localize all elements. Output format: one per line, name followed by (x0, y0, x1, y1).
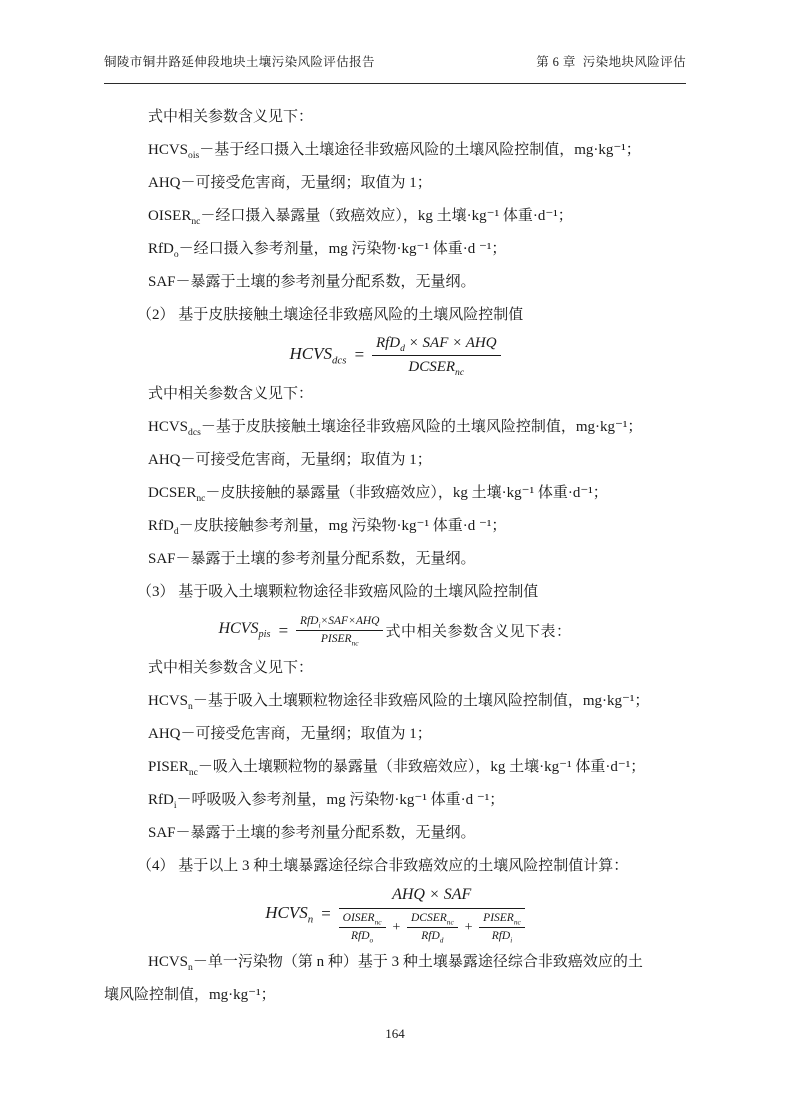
param-line-ahq-3: AHQ－可接受危害商，无量纲；取值为 1； (104, 718, 686, 751)
param-line-hcvs-dcs: HCVSdcs－基于皮肤接触土壤途径非致癌风险的土壤风险控制值，mg·kg⁻¹； (104, 411, 686, 444)
plus-sign: + (464, 920, 473, 936)
fraction-numerator: OISERnc (339, 911, 386, 928)
param-line-dcser-nc: DCSERnc－皮肤接触的暴露量（非致癌效应），kg 土壤·kg⁻¹ 体重·d⁻… (104, 477, 686, 510)
formula-hcvs-dcs: HCVSdcs = RfDd × SAF × AHQ DCSERnc (104, 333, 686, 377)
page-number: 164 (0, 1026, 790, 1042)
equals-sign: = (320, 904, 331, 924)
fraction-numerator: RfDi×SAF×AHQ (296, 614, 384, 631)
fraction-numerator: PISERnc (479, 911, 525, 928)
fraction-denominator: PISERnc (321, 631, 359, 647)
fraction-numerator: AHQ × SAF (339, 883, 525, 909)
plus-sign: + (392, 920, 401, 936)
param-intro-1: 式中相关参数含义见下： (104, 101, 686, 134)
section-heading-2: （2） 基于皮肤接触土壤途径非致癌风险的土壤风险控制值 (104, 299, 686, 332)
fraction-denominator: RfDd (421, 928, 443, 944)
formula-lhs: HCVSdcs (289, 344, 346, 366)
section-heading-4: （4） 基于以上 3 种土壤暴露途径综合非致癌效应的土壤风险控制值计算： (104, 850, 686, 883)
sub-fraction-oiser: OISERnc RfDo (339, 911, 386, 944)
formula-lhs: HCVSpis (219, 620, 271, 640)
param-line-saf-3: SAF－暴露于土壤的参考剂量分配系数，无量纲。 (104, 817, 686, 850)
fraction-denominator: DCSERnc (408, 356, 464, 378)
document-content: 式中相关参数含义见下： HCVSois－基于经口摄入土壤途径非致癌风险的土壤风险… (104, 101, 686, 1012)
formula-lhs: HCVSn (265, 903, 313, 925)
formula-suffix-text: 式中相关参数含义见下表： (385, 620, 571, 641)
param-line-rfd-d: RfDd－皮肤接触参考剂量，mg 污染物·kg⁻¹ 体重·d ⁻¹； (104, 510, 686, 543)
param-line-ahq-2: AHQ－可接受危害商，无量纲；取值为 1； (104, 444, 686, 477)
param-line-ahq-1: AHQ－可接受危害商，无量纲；取值为 1； (104, 167, 686, 200)
document-page: 铜陵市铜井路延伸段地块土壤污染风险评估报告 第 6 章 污染地块风险评估 式中相… (0, 0, 790, 1119)
fraction-numerator: RfDd × SAF × AHQ (372, 333, 501, 356)
param-line-rfd-o: RfDo－经口摄入参考剂量，mg 污染物·kg⁻¹ 体重·d ⁻¹； (104, 233, 686, 266)
equals-sign: = (277, 621, 288, 641)
sub-fraction-piser: PISERnc RfDi (479, 911, 525, 944)
param-line-hcvs-ois: HCVSois－基于经口摄入土壤途径非致癌风险的土壤风险控制值，mg·kg⁻¹； (104, 134, 686, 167)
formula-hcvs-n-combined: HCVSn = AHQ × SAF OISERnc RfDo + DCSERnc… (104, 883, 686, 944)
closing-paragraph-line-2: 壤风险控制值，mg·kg⁻¹； (104, 979, 686, 1012)
param-intro-2: 式中相关参数含义见下： (104, 378, 686, 411)
fraction-denominator: RfDo (351, 928, 373, 944)
param-line-rfd-i: RfDi－呼吸吸入参考剂量，mg 污染物·kg⁻¹ 体重·d ⁻¹； (104, 784, 686, 817)
header-rule (104, 83, 686, 84)
big-fraction: AHQ × SAF OISERnc RfDo + DCSERnc RfDd + … (339, 883, 525, 944)
closing-paragraph-line-1: HCVSn－单一污染物（第 n 种）基于 3 种土壤暴露途径综合非致癌效应的土 (104, 946, 686, 979)
fraction-numerator: DCSERnc (407, 911, 458, 928)
param-line-piser-nc: PISERnc－吸入土壤颗粒物的暴露量（非致癌效应），kg 土壤·kg⁻¹ 体重… (104, 751, 686, 784)
param-line-oiser-nc: OISERnc－经口摄入暴露量（致癌效应），kg 土壤·kg⁻¹ 体重·d⁻¹； (104, 200, 686, 233)
param-line-hcvs-n: HCVSn－基于吸入土壤颗粒物途径非致癌风险的土壤风险控制值，mg·kg⁻¹； (104, 685, 686, 718)
fraction-denominator: OISERnc RfDo + DCSERnc RfDd + PISERnc Rf… (339, 909, 525, 944)
param-line-saf-2: SAF－暴露于土壤的参考剂量分配系数，无量纲。 (104, 543, 686, 576)
page-header: 铜陵市铜井路延伸段地块土壤污染风险评估报告 第 6 章 污染地块风险评估 (104, 52, 686, 70)
header-right-title: 第 6 章 污染地块风险评估 (536, 52, 686, 70)
formula-hcvs-pis: HCVSpis = RfDi×SAF×AHQ PISERnc 式中相关参数含义见… (104, 614, 686, 647)
param-intro-3: 式中相关参数含义见下： (104, 652, 686, 685)
param-line-saf-1: SAF－暴露于土壤的参考剂量分配系数，无量纲。 (104, 266, 686, 299)
header-left-title: 铜陵市铜井路延伸段地块土壤污染风险评估报告 (104, 52, 375, 70)
sub-fraction-dcser: DCSERnc RfDd (407, 911, 458, 944)
section-heading-3: （3） 基于吸入土壤颗粒物途径非致癌风险的土壤风险控制值 (104, 576, 686, 609)
fraction: RfDd × SAF × AHQ DCSERnc (372, 333, 501, 377)
fraction: RfDi×SAF×AHQ PISERnc (296, 614, 384, 647)
equals-sign: = (353, 345, 364, 365)
fraction-denominator: RfDi (492, 928, 513, 944)
